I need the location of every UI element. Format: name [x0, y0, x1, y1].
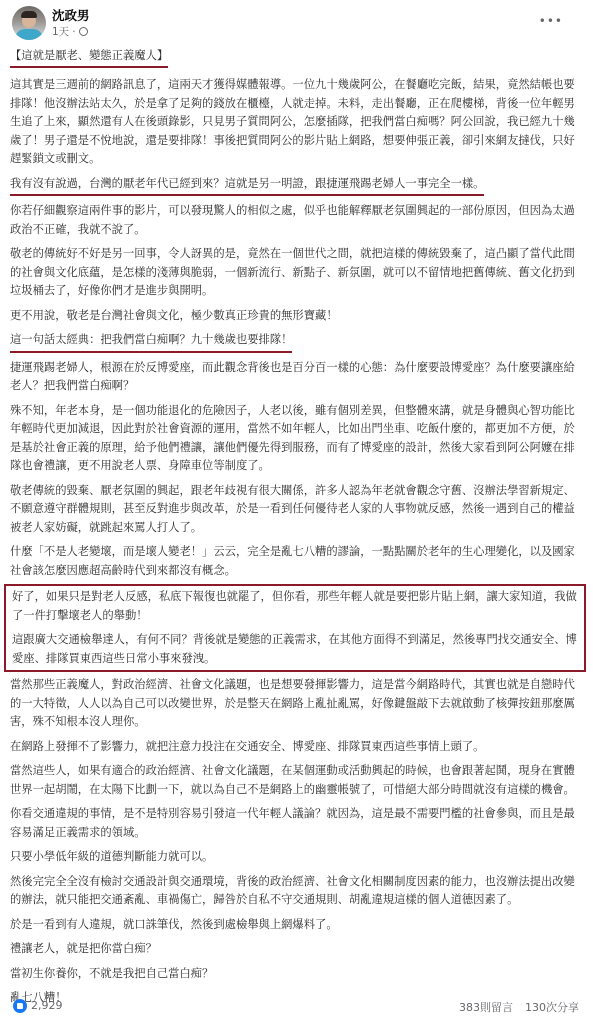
paragraph: 敬老傳統的毀棄、厭老氛圍的興起，跟老年歧視有很大關係，許多人認為年老就會觀念守舊…	[10, 482, 580, 538]
more-options-button[interactable]: •••	[539, 14, 563, 28]
post-footer: 2,929 383則留言 130次分享	[0, 995, 593, 1019]
post-time[interactable]: 1天	[52, 24, 69, 39]
avatar[interactable]	[12, 6, 46, 40]
paragraph-highlighted: 我有沒有說過，台灣的厭老年代已經到來？這就是另一明證，跟捷運飛踢老婦人一事完全一…	[10, 175, 484, 197]
paragraph: 在網路上發揮不了影響力，就把注意力投注在交通安全、博愛座、排隊買東西這些事情上頭…	[10, 738, 580, 757]
paragraph-highlighted: 這一句話太經典：把我們當白痴啊？九十幾歲也要排隊！	[10, 331, 292, 353]
globe-icon	[79, 27, 88, 36]
paragraph: 當然那些正義魔人，對政治經濟、社會文化議題，也是想要發揮影響力，這是當今網路時代…	[10, 676, 580, 732]
paragraph: 捷運飛踢老婦人，根源在於反博愛座，而此觀念背後也是百分百一樣的心態：為什麼要設博…	[10, 359, 580, 396]
paragraph: 敬老的傳統好不好是另一回事，令人訝異的是，竟然在一個世代之間，就把這樣的傳統毀棄…	[10, 245, 580, 301]
meta-separator: ·	[72, 26, 75, 38]
paragraph: 禮讓老人，就是把你當白痴？	[10, 940, 580, 959]
paragraph: 當初生你養你，不就是我把自己當白痴？	[10, 965, 580, 984]
paragraph-boxed: 好了，如果只是對老人反感，私底下報復也就罷了，但你看，那些年輕人就是要把影片貼上…	[12, 588, 578, 625]
paragraph: 你若仔細觀察這兩件事的影片，可以發現驚人的相似之處，似乎也能解釋厭老氛圍興起的一…	[10, 202, 580, 239]
post-header: 沈政男 1天 · •••	[0, 0, 593, 44]
paragraph: 然後完完全全沒有檢討交通設計與交通環境，背後的政治經濟、社會文化相關制度因素的能…	[10, 873, 580, 910]
shares-count[interactable]: 130次分享	[525, 999, 579, 1015]
author-name[interactable]: 沈政男	[52, 6, 90, 24]
paragraph: 只要小學低年級的道德判斷能力就可以。	[10, 848, 580, 867]
paragraph: 於是一看到有人違規，就口誅筆伐，然後到處檢舉與上網爆料了。	[10, 916, 580, 935]
paragraph: 什麼「不是人老變壞，而是壞人變老！」云云，完全是亂七八糟的謬論，一點點關於老年的…	[10, 543, 580, 580]
reaction-count[interactable]: 2,929	[31, 999, 63, 1012]
like-icon[interactable]	[13, 999, 27, 1013]
post-title: 【這就是厭老、變態正義魔人】	[10, 47, 168, 68]
paragraph: 殊不知，年老本身，是一個功能退化的危險因子，人老以後，雖有個別差異，但整體來講，…	[10, 402, 580, 476]
paragraph: 你看交通違規的事情，是不是特別容易引發這一代年輕人議論？就因為，這是最不需要門檻…	[10, 805, 580, 842]
post-body: 【這就是厭老、變態正義魔人】 這其實是三週前的網路訊息了，這兩天才獲得媒體報導。…	[10, 47, 580, 1014]
post-stats: 383則留言 130次分享	[459, 999, 579, 1015]
post-meta: 1天 ·	[52, 24, 88, 39]
paragraph: 當然這些人，如果有適合的政治經濟、社會文化議題，在某個運動或活動興起的時候，也會…	[10, 762, 580, 799]
paragraph: 更不用說，敬老是台灣社會與文化，極少數真正珍貴的無形寶藏！	[10, 307, 580, 326]
paragraph: 這其實是三週前的網路訊息了，這兩天才獲得媒體報導。一位九十幾歲阿公，在餐廳吃完飯…	[10, 76, 580, 169]
highlight-box: 好了，如果只是對老人反感，私底下報復也就罷了，但你看，那些年輕人就是要把影片貼上…	[4, 584, 586, 672]
comments-count[interactable]: 383則留言	[459, 999, 513, 1015]
paragraph-boxed: 這跟廣大交通檢舉達人，有何不同？背後就是變態的正義需求，在其他方面得不到滿足，然…	[12, 631, 578, 668]
